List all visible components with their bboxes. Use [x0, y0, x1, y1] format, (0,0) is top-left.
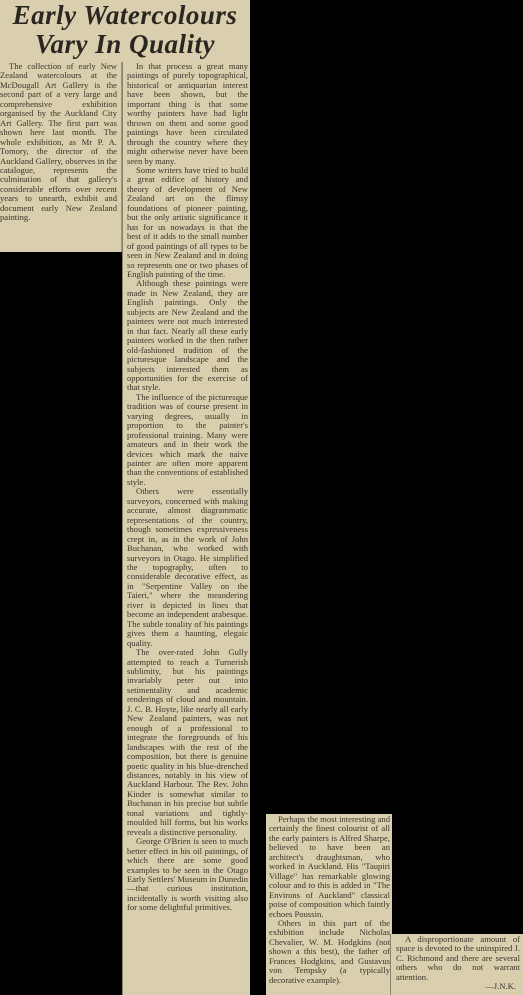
paragraph: Perhaps the most interesting and certain…	[269, 815, 390, 919]
article-column-1: The collection of early New Zealand wate…	[0, 62, 122, 252]
paragraph: Although these paintings were made in Ne…	[127, 279, 248, 392]
headline-line-2: Vary In Quality	[0, 30, 250, 59]
headline: Early Watercolours Vary In Quality	[0, 0, 250, 62]
paragraph: George O'Brien is seen to much better ef…	[127, 837, 248, 913]
paragraph: Others in this part of the exhibition in…	[269, 919, 390, 985]
paragraph: A disproportionate amount of space is de…	[396, 935, 520, 982]
paragraph: Others were essentially surveyors, conce…	[127, 487, 248, 648]
paragraph: The collection of early New Zealand wate…	[0, 62, 117, 223]
paragraph: Some writers have tried to build a great…	[127, 166, 248, 279]
headline-line-1: Early Watercolours	[0, 1, 250, 30]
article-column-2: In that process a great many paintings o…	[122, 62, 250, 995]
paragraph: The influence of the picturesque traditi…	[127, 393, 248, 488]
article-column-4: A disproportionate amount of space is de…	[390, 934, 523, 995]
paragraph: The over-rated John Gully attempted to r…	[127, 648, 248, 837]
paragraph: In that process a great many paintings o…	[127, 62, 248, 166]
author-signature: —J.N.K.	[396, 982, 520, 991]
article-column-3: Perhaps the most interesting and certain…	[266, 814, 392, 995]
